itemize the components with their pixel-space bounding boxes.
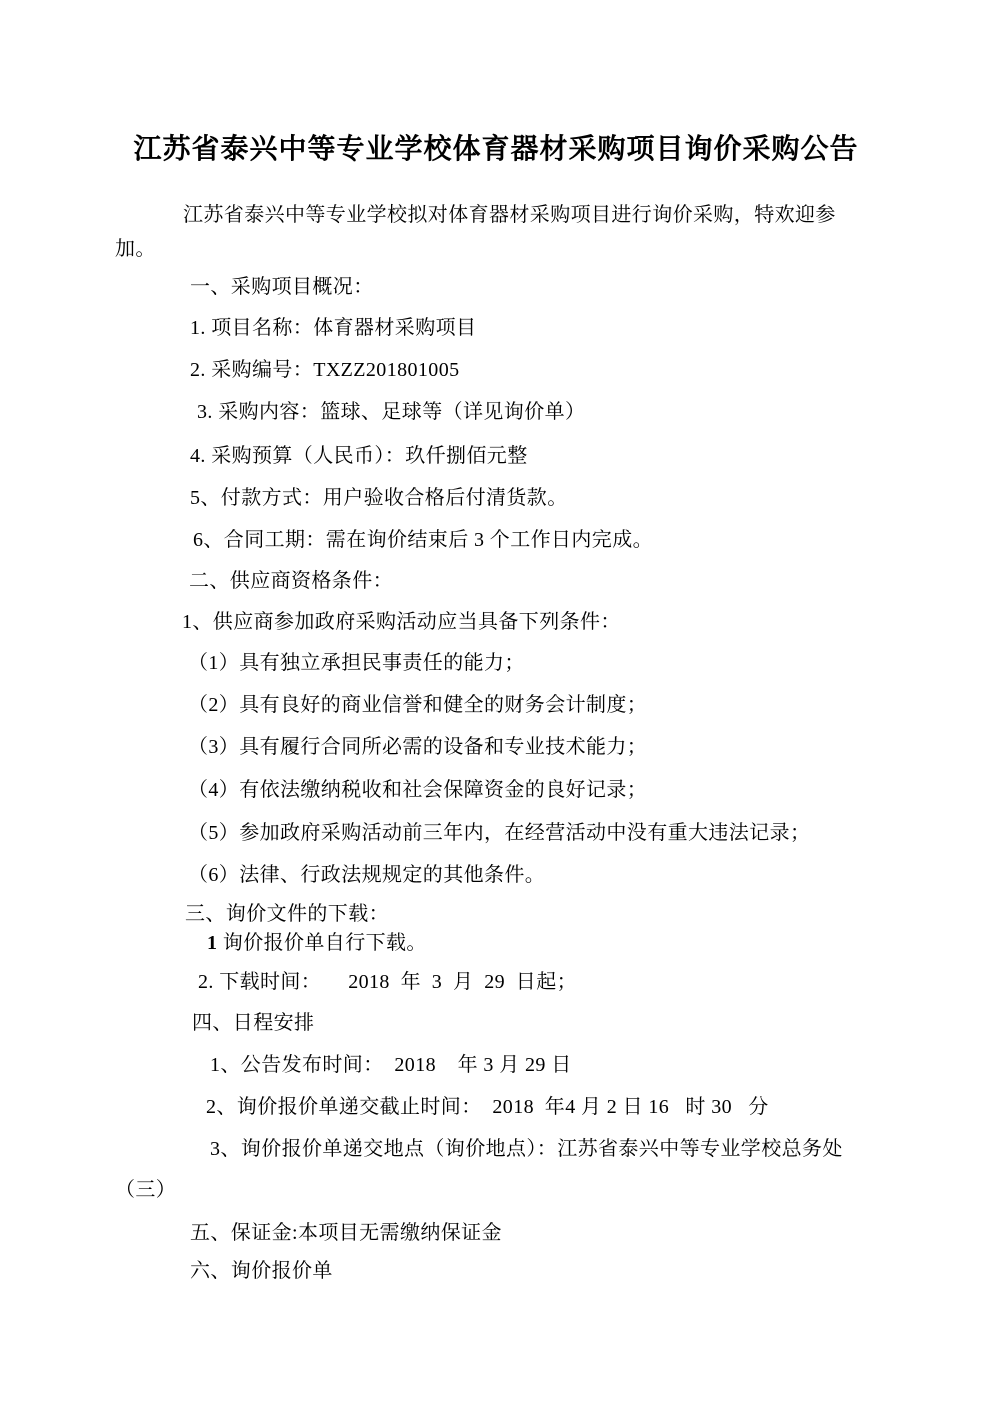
section3-heading: 三、询价文件的下载： bbox=[185, 901, 389, 927]
section4-item-deadline: 2、询价报价单递交截止时间： 2018 年4 月 2 日 16 时 30 分 bbox=[206, 1094, 769, 1120]
section1-item-budget: 4. 采购预算（人民币）：玖仟捌佰元整 bbox=[190, 443, 528, 469]
section1-item-payment: 5、付款方式：用户验收合格后付清货款。 bbox=[190, 485, 568, 511]
section2-condition-2: （2）具有良好的商业信誉和健全的财务会计制度； bbox=[188, 692, 647, 718]
section3-item-download-time: 2. 下载时间： 2018 年 3 月 29 日起； bbox=[198, 969, 577, 995]
section2-condition-1: （1）具有独立承担民事责任的能力； bbox=[188, 650, 525, 676]
section2-condition-6: （6）法律、行政法规规定的其他条件。 bbox=[188, 862, 545, 888]
section1-item-project-name: 1. 项目名称：体育器材采购项目 bbox=[190, 315, 476, 341]
section3-item-download: 1 询价报价单自行下载。 bbox=[207, 930, 427, 956]
section3-item-text: 询价报价单自行下载。 bbox=[217, 932, 426, 954]
section2-condition-3: （3）具有履行合同所必需的设备和专业技术能力； bbox=[188, 734, 647, 760]
section4-heading: 四、日程安排 bbox=[192, 1010, 314, 1036]
section1-item-contract-period: 6、合同工期：需在询价结束后 3 个工作日内完成。 bbox=[193, 527, 653, 553]
intro-paragraph-line1: 江苏省泰兴中等专业学校拟对体育器材采购项目进行询价采购，特欢迎参 bbox=[183, 202, 836, 228]
section4-item-announce-time: 1、公告发布时间： 2018 年 3 月 29 日 bbox=[210, 1052, 572, 1078]
section6-heading: 六、询价报价单 bbox=[190, 1258, 333, 1284]
section4-item-location: 3、询价报价单递交地点（询价地点）：江苏省泰兴中等专业学校总务处 bbox=[210, 1136, 843, 1162]
section4-continuation: （三） bbox=[115, 1177, 176, 1203]
section2-heading: 二、供应商资格条件： bbox=[189, 568, 393, 594]
document-page: 江苏省泰兴中等专业学校体育器材采购项目询价采购公告 江苏省泰兴中等专业学校拟对体… bbox=[0, 0, 992, 1403]
section1-heading: 一、采购项目概况： bbox=[190, 274, 374, 300]
section1-item-procurement-number: 2. 采购编号：TXZZ201801005 bbox=[190, 357, 460, 383]
intro-paragraph-line2: 加。 bbox=[115, 236, 156, 262]
page-title: 江苏省泰兴中等专业学校体育器材采购项目询价采购公告 bbox=[0, 127, 992, 167]
section2-condition-5: （5）参加政府采购活动前三年内，在经营活动中没有重大违法记录； bbox=[188, 820, 810, 846]
section5-heading: 五、保证金:本项目无需缴纳保证金 bbox=[190, 1220, 502, 1246]
section1-item-procurement-content: 3. 采购内容：篮球、足球等（详见询价单） bbox=[197, 399, 585, 425]
section2-condition-4: （4）有依法缴纳税收和社会保障资金的良好记录； bbox=[188, 777, 647, 803]
section2-intro: 1、供应商参加政府采购活动应当具备下列条件： bbox=[182, 609, 621, 635]
section3-item-number: 1 bbox=[207, 932, 217, 954]
